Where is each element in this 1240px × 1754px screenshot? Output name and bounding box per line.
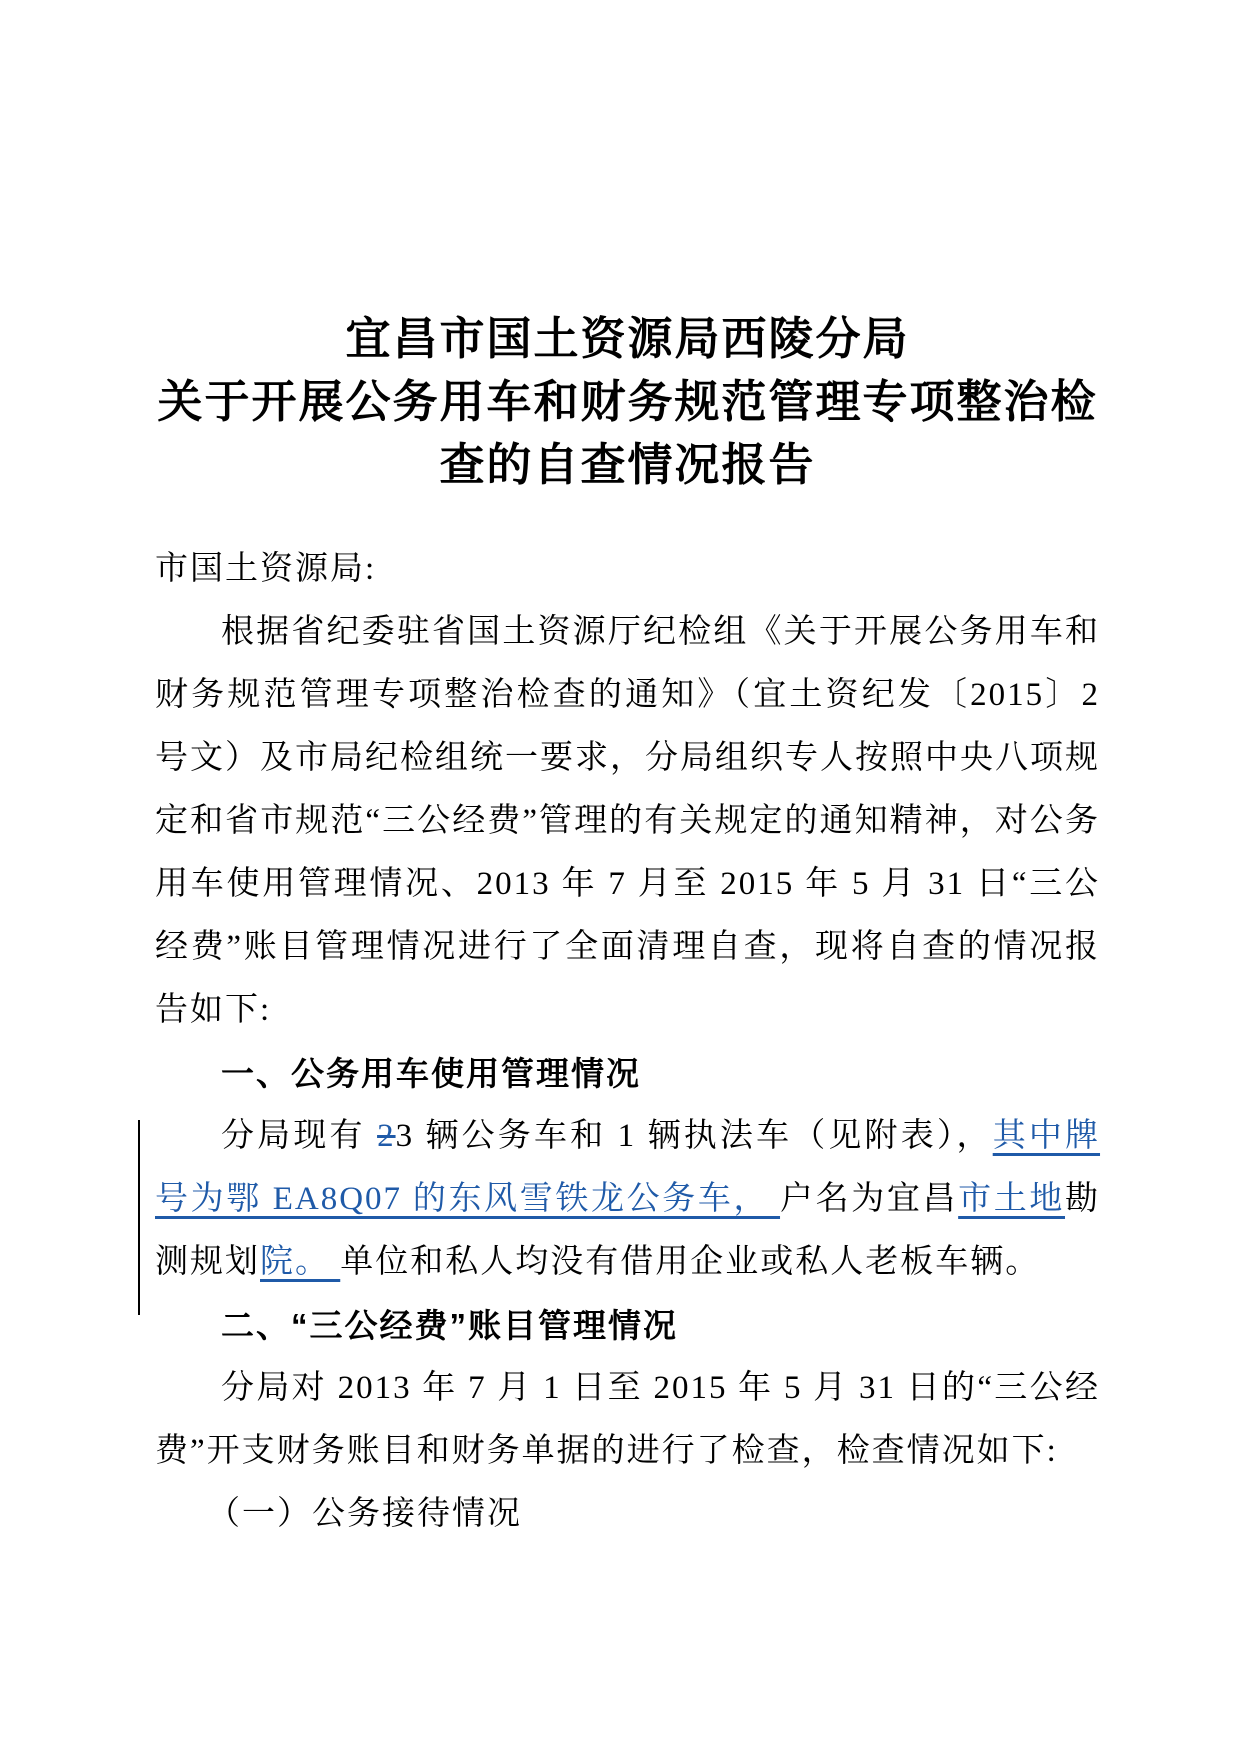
- paragraph-vehicles: 分局现有 23 辆公务车和 1 辆执法车（见附表），其中牌号为鄂 EA8Q07 …: [155, 1105, 1100, 1294]
- subsection-heading-1: （一）公务接待情况: [155, 1483, 1100, 1546]
- section-heading-1: 一、公务用车使用管理情况: [155, 1042, 1100, 1105]
- paragraph-intro: 根据省纪委驻省国土资源厅纪检组《关于开展公务用车和财务规范管理专项整治检查的通知…: [155, 601, 1100, 1042]
- text-segment: 单位和私人均没有借用企业或私人老板车辆。: [340, 1244, 1040, 1280]
- paragraph-funds: 分局对 2013 年 7 月 1 日至 2015 年 5 月 31 日的“三公经…: [155, 1357, 1100, 1483]
- inserted-text: 院。: [260, 1244, 340, 1280]
- inserted-text: 市土地: [958, 1181, 1065, 1217]
- revision-change-bar: [138, 1120, 140, 1315]
- text-segment: 3 辆公务车和 1 辆执法车（见附表），: [396, 1118, 993, 1154]
- document-title: 宜昌市国土资源局西陵分局 关于开展公务用车和财务规范管理专项整治检查的自查情况报…: [155, 308, 1100, 497]
- text-segment: 分局现有: [221, 1118, 377, 1154]
- document-page: 宜昌市国土资源局西陵分局 关于开展公务用车和财务规范管理专项整治检查的自查情况报…: [0, 0, 1240, 1754]
- deleted-text: 2: [377, 1118, 396, 1154]
- title-line-1: 宜昌市国土资源局西陵分局: [155, 308, 1100, 371]
- text-segment: 户名为宜昌: [780, 1181, 958, 1217]
- salutation: 市国土资源局:: [155, 538, 1100, 601]
- section-heading-2: 二、“三公经费”账目管理情况: [155, 1294, 1100, 1357]
- title-line-2: 关于开展公务用车和财务规范管理专项整治检查的自查情况报告: [155, 371, 1100, 497]
